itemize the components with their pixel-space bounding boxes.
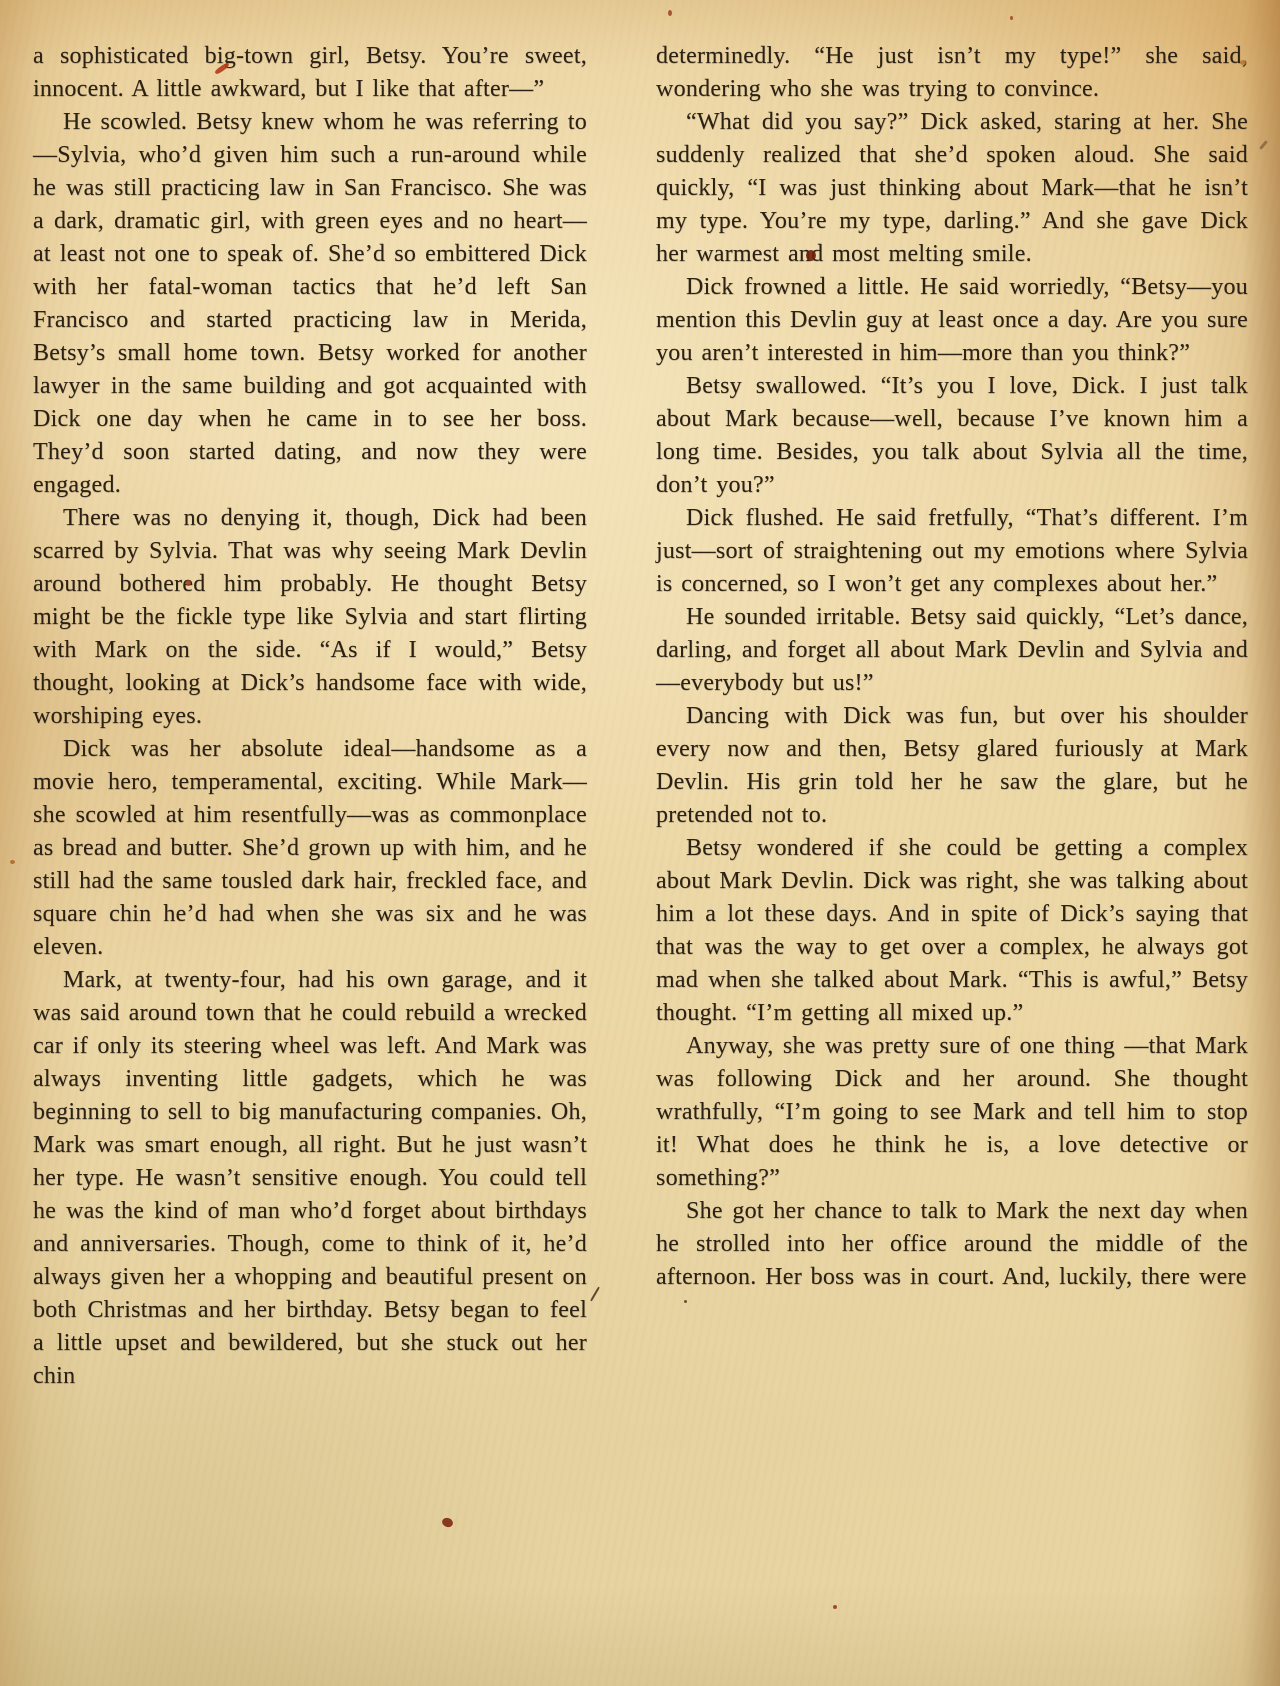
paper-speck xyxy=(441,1516,454,1528)
story-paragraph: “What did you say?” Dick asked, staring … xyxy=(656,106,1248,271)
story-paragraph: There was no denying it, though, Dick ha… xyxy=(33,502,587,733)
paper-speck xyxy=(668,10,672,16)
page-scan: a sophisticated big-town girl, Betsy. Yo… xyxy=(0,0,1280,1686)
story-paragraph: Dick frowned a little. He said worriedly… xyxy=(656,271,1248,370)
story-paragraph: a sophisticated big-town girl, Betsy. Yo… xyxy=(33,40,587,106)
story-paragraph: Betsy wondered if she could be getting a… xyxy=(656,832,1248,1030)
paper-speck xyxy=(10,860,15,864)
paper-speck xyxy=(833,1605,837,1609)
story-paragraph: Anyway, she was pretty sure of one thing… xyxy=(656,1030,1248,1195)
story-paragraph: determinedly. “He just isn’t my type!” s… xyxy=(656,40,1248,106)
paper-speck xyxy=(186,580,191,586)
story-paragraph: He sounded irritable. Betsy said quickly… xyxy=(656,601,1248,700)
story-paragraph: Betsy swallowed. “It’s you I love, Dick.… xyxy=(656,370,1248,502)
text-column-right: determinedly. “He just isn’t my type!” s… xyxy=(656,40,1248,1294)
paper-speck xyxy=(1259,140,1268,150)
story-paragraph: Dick flushed. He said fretfully, “That’s… xyxy=(656,502,1248,601)
paper-speck xyxy=(1010,16,1013,20)
story-paragraph: Dancing with Dick was fun, but over his … xyxy=(656,700,1248,832)
paper-speck xyxy=(590,1287,600,1302)
story-paragraph: She got her chance to talk to Mark the n… xyxy=(656,1195,1248,1294)
paper-speck xyxy=(1240,60,1246,65)
story-paragraph: Dick was her absolute ideal—handsome as … xyxy=(33,733,587,964)
paper-speck xyxy=(806,250,816,261)
story-paragraph: Mark, at twenty-four, had his own garage… xyxy=(33,964,587,1393)
story-paragraph: He scowled. Betsy knew whom he was refer… xyxy=(33,106,587,502)
text-column-left: a sophisticated big-town girl, Betsy. Yo… xyxy=(33,40,587,1393)
paper-speck xyxy=(684,1300,687,1303)
